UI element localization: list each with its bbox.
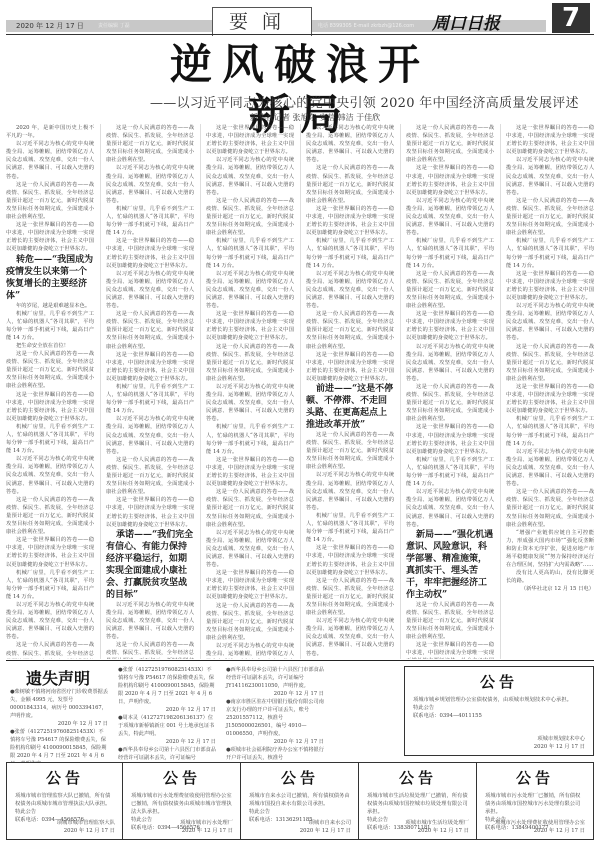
notice-box-3: 公告 项城市城市污水处理费征收使用管理办公室已撤销，所有债权债务由项城市城市管理… bbox=[122, 762, 242, 840]
paragraph: 这是一份人民满意的答卷——战疫情、保民生、抓发展，全年经济总量预计超过一百万亿元… bbox=[106, 124, 194, 164]
notice-title: 公告 bbox=[123, 767, 241, 788]
article-column-5: 这是一份人民满意的答卷——战疫情、保民生、抓发展，全年经济总量预计超过一百万亿元… bbox=[406, 124, 494, 659]
paragraph: 这是一份人民满意的答卷——战疫情、保民生、抓发展，全年经济总量预计超过一百万亿元… bbox=[506, 343, 594, 383]
article-body: 2020 年，是新中国历史上极不平凡的一年。 以习近平同志为核心的党中央统揽全局… bbox=[6, 124, 594, 659]
section-heading-4: 新局——“强化机遇意识、风险意识，科学部署、精准施策，真抓实干、埋头苦干，牢牢把… bbox=[406, 529, 494, 601]
issue-date: 2020 年 12 月 17 日 bbox=[16, 21, 84, 31]
column-divider bbox=[500, 124, 501, 659]
paragraph: 这是一份人民满意的答卷——战疫情、保民生、抓发展，全年经济总量预计超过一百万亿元… bbox=[506, 488, 594, 528]
notice-box-5: 公告 项城市城市生活垃圾处理厂已撤销，所有债权债务由项城市国控城市垃圾处理有限公… bbox=[358, 762, 478, 840]
paragraph: 以习近平同志为核心的党中央统揽全局、运筹帷幄，团结带领亿万人民众志成城、攻坚克难… bbox=[306, 270, 394, 310]
paragraph: 以习近平同志为核心的党中央统揽全局、运筹帷幄，团结带领亿万人民众志成城、攻坚克难… bbox=[206, 642, 294, 659]
paragraph: 以习近平同志为核心的党中央统揽全局、运筹帷幄，团结带领亿万人民众志成城、攻坚克难… bbox=[206, 383, 294, 423]
paragraph: 这是一张世界瞩目的答卷——稳中求进，中国经济成为全球唯一实现正增长的主要经济体，… bbox=[106, 351, 194, 383]
page-masthead: 2020 年 12 月 17 日 责任编辑 丁磊 要闻 电话 8399305 E… bbox=[0, 0, 600, 40]
paragraph: 这是一张世界瞩目的答卷——稳中求进，中国经济成为全球唯一实现正增长的主要经济体，… bbox=[206, 310, 294, 342]
paragraph: 以习近平同志为核心的党中央统揽全局、运筹帷幄，团结带领亿万人民众志成城、攻坚克难… bbox=[206, 529, 294, 569]
paragraph: 以习近平同志为核心的党中央统揽全局、运筹帷幄，团结带领亿万人民众志成城、攻坚克难… bbox=[6, 455, 94, 495]
notice-title: 公告 bbox=[7, 767, 123, 788]
paragraph: 这是一张世界瞩目的答卷——稳中求进，中国经济成为全球唯一实现正增长的主要经济体，… bbox=[306, 544, 394, 576]
notice-date: 2020 年 12 月 17 日 bbox=[300, 827, 351, 835]
lost-notices-title: 遗失声明 bbox=[6, 666, 110, 689]
notice-signer: 项城市自来水公司 bbox=[300, 819, 351, 827]
masthead-divider bbox=[6, 34, 594, 35]
column-divider bbox=[100, 124, 101, 659]
article-subheadline: ——以习近平同志为核心的党中央引领 2020 年中国经济高质量发展评述 bbox=[150, 92, 590, 111]
notice-date: 2020 年 12 月 17 日 bbox=[405, 827, 469, 835]
paragraph: 以习近平同志为核心的党中央统揽全局、运筹帷幄，团结带领亿万人民众志成城、攻坚克难… bbox=[106, 601, 194, 641]
notice-title: 公告 bbox=[405, 671, 593, 692]
column-divider bbox=[300, 124, 301, 659]
paragraph: 机械厂房里，几乎看不到生产工人，忙碌的机器人“各司其职”，平均每分钟一部手机就可… bbox=[406, 456, 494, 488]
paragraph: 这是一张世界瞩目的答卷——稳中求进，中国经济成为全球唯一实现正增长的主要经济体，… bbox=[506, 124, 594, 156]
paragraph: 这是一张世界瞩目的答卷——稳中求进，中国经济成为全球唯一实现正增长的主要经济体，… bbox=[206, 124, 294, 156]
paragraph: 这是一份人民满意的答卷——战疫情、保民生、抓发展，全年经济总量预计超过一百万亿元… bbox=[206, 197, 294, 237]
notice-box-4: 公告 项城市自来水公司已撤销，所有债权债务由项城市国投自来水有限公司承担。 特此… bbox=[240, 762, 360, 840]
paragraph: 这是一份人民满意的答卷——战疫情、保民生、抓发展，全年经济总量预计超过一百万亿元… bbox=[6, 350, 94, 390]
paragraph: 这是一张世界瞩目的答卷——稳中求进，中国经济成为全球唯一实现正增长的主要经济体，… bbox=[206, 569, 294, 601]
paragraph: 这是一张世界瞩目的答卷——稳中求进，中国经济成为全球唯一实现正增长的主要经济体，… bbox=[506, 270, 594, 302]
paragraph: 以习近平同志为核心的党中央统揽全局、运筹帷幄，团结带领亿万人民众志成城、攻坚克难… bbox=[306, 471, 394, 511]
paragraph: 以习近平同志为核心的党中央统揽全局、运筹帷幄，团结带领亿万人民众志成城、攻坚克难… bbox=[106, 415, 194, 455]
notice-date: 2020 年 12 月 17 日 bbox=[118, 706, 216, 714]
contact-info: 电话 8399305 E-mail zkrbzh@126.com bbox=[318, 22, 414, 29]
article-column-2: 这是一份人民满意的答卷——战疫情、保民生、抓发展，全年经济总量预计超过一百万亿元… bbox=[106, 124, 194, 659]
notice-closing: 特此公告 bbox=[413, 704, 585, 712]
notice-text: 项城市城乡规划管理办公室债权债务，由项城市规划技术中心承担。 bbox=[413, 696, 585, 704]
paragraph: 这是一份人民满意的答卷——战疫情、保民生、抓发展，全年经济总量预计超过一百万亿元… bbox=[6, 496, 94, 536]
notice-closing: 特此公告 bbox=[249, 808, 351, 816]
paragraph: “增强产业链供应链自主可控能力，形成强大国内市场”“强化反垄断和防止资本无序扩张… bbox=[506, 529, 594, 569]
notice-phone: 联系电话：0394—4011155 bbox=[413, 712, 585, 720]
paragraph: 以习近平同志为核心的党中央统揽全局、运筹帷幄，团结带领亿万人民众志成城、攻坚克难… bbox=[206, 156, 294, 196]
notice-text: 项城市城市污水处理厂已撤销，所有债权债务由项城市国控城市污水处理有限公司承担。 bbox=[485, 792, 585, 816]
article-column-6: 这是一张世界瞩目的答卷——稳中求进，中国经济成为全球唯一实现正增长的主要经济体，… bbox=[506, 124, 594, 659]
section-heading-1: 转危——“我国成为疫情发生以来第一个恢复增长的主要经济体” bbox=[6, 254, 94, 302]
notice-date: 2020 年 12 月 17 日 bbox=[118, 738, 216, 746]
notice-signer: 项城市城市污水处理厂 bbox=[180, 819, 233, 827]
lost-notices-column-1: ●柴树敏不慎将河南省医疗门诊收费票据丢失，金额 4995 元，发票号 00001… bbox=[10, 688, 108, 768]
paragraph: 机械厂房里，几乎看不到生产工人，忙碌的机器人“各司其职”，平均每分钟一部手机就可… bbox=[206, 423, 294, 455]
notice-box-2: 公告 项城市城市管理监察大队已撤销，所有债权债务由项城市城市管理执法大队承担。 … bbox=[6, 762, 124, 840]
notice-date: 2020 年 12 月 17 日 bbox=[10, 720, 108, 728]
paragraph: 这是一张世界瞩目的答卷——稳中求进，中国经济成为全球唯一实现正增长的主要经济体，… bbox=[206, 456, 294, 488]
paragraph: 这是一份人民满意的答卷——战疫情、保民生、抓发展，全年经济总量预计超过一百万亿元… bbox=[306, 431, 394, 471]
lost-notice-item: ●南京市胜区驻在中国银行股份有限公司南京支行办理的开户许可证丢失，账号 2520… bbox=[226, 698, 324, 738]
paragraph: 机械厂房里，几乎看不到生产工人，忙碌的机器人“各司其职”，平均每分钟一部手机就可… bbox=[506, 237, 594, 269]
paragraph: 没有比人更高的山，没有比脚更长的路。 bbox=[506, 569, 594, 585]
lost-notice-item: ●西华县奉母乡公司第十六县医门市部食品经营许可证副本丢失，许可证编号 JY141… bbox=[226, 666, 324, 690]
paragraph: 这是一份人民满意的答卷——战疫情、保民生、抓发展，全年经济总量预计超过一百万亿元… bbox=[206, 343, 294, 383]
paragraph: 这是一份人民满意的答卷——战疫情、保民生、抓发展，全年经济总量预计超过一百万亿元… bbox=[6, 641, 94, 659]
paragraph: 年的岁尾，越是艰难越显本色。 bbox=[6, 302, 94, 310]
paragraph: 这是一张世界瞩目的答卷——稳中求进，中国经济成为全球唯一实现正增长的主要经济体，… bbox=[406, 164, 494, 196]
paragraph: 这是一份人民满意的答卷——战疫情、保民生、抓发展，全年经济总量预计超过一百万亿元… bbox=[106, 310, 194, 350]
article-column-1: 2020 年，是新中国历史上极不平凡的一年。 以习近平同志为核心的党中央统揽全局… bbox=[6, 124, 94, 659]
article-column-4: 以习近平同志为核心的党中央统揽全局、运筹帷幄，团结带领亿万人民众志成城、攻坚克难… bbox=[306, 124, 394, 659]
paragraph: 这是一张世界瞩目的答卷——稳中求进，中国经济成为全球唯一实现正增长的主要经济体，… bbox=[106, 237, 194, 269]
paragraph: 把生命安全放在首位！ bbox=[6, 342, 94, 350]
notice-text: 项城市城市生活垃圾处理厂已撤销，所有债权债务由项城市国控城市垃圾处理有限公司承担… bbox=[367, 792, 469, 816]
notice-signer: 项城市污水处理费征收使用管理办公室 bbox=[495, 819, 585, 827]
paragraph: 以习近平同志为核心的党中央统揽全局、运筹帷幄，团结带领亿万人民众志成城、攻坚克难… bbox=[306, 617, 394, 657]
notice-closing: 特此公告 bbox=[15, 808, 115, 816]
paragraph: 这是一份人民满意的答卷——战疫情、保民生、抓发展，全年经济总量预计超过一百万亿元… bbox=[406, 601, 494, 641]
lost-notices-column-2: ●张蕾（412725197608251453X）不慎将车号豫 P54617 的保… bbox=[118, 666, 216, 770]
section-heading-2: 承诺——“我们完全有信心、有能力保持经济平稳运行，如期实现全面建成小康社会、打赢… bbox=[106, 529, 194, 601]
paragraph: 这是一份人民满意的答卷——战疫情、保民生、抓发展，全年经济总量预计超过一百万亿元… bbox=[6, 181, 94, 221]
paragraph: 以习近平同志为核心的党中央统揽全局、运筹帷幄，团结带领亿万人民众志成城、攻坚克难… bbox=[506, 302, 594, 342]
paragraph: 这是一份人民满意的答卷——战疫情、保民生、抓发展，全年经济总量预计超过一百万亿元… bbox=[306, 164, 394, 204]
notice-signature: 项城市规划技术中心 2020 年 12 月 17 日 bbox=[534, 735, 585, 751]
paragraph: 这是一张世界瞩目的答卷——稳中求进，中国经济成为全球唯一实现正增长的主要经济体，… bbox=[306, 351, 394, 383]
notice-box-1: 公告 项城市城乡规划管理办公室债权债务，由项城市规划技术中心承担。 特此公告 联… bbox=[404, 666, 594, 756]
lost-notices: 遗失声明 ●柴树敏不慎将河南省医疗门诊收费票据丢失，金额 4995 元，发票号 … bbox=[6, 664, 376, 760]
column-divider bbox=[400, 124, 401, 659]
notice-date: 2020 年 12 月 17 日 bbox=[534, 743, 585, 751]
paragraph: 这是一份人民满意的答卷——战疫情、保民生、抓发展，全年经济总量预计超过一百万亿元… bbox=[206, 488, 294, 528]
paragraph: 以习近平同志为核心的党中央统揽全局、运筹帷幄，团结带领亿万人民众志成城、攻坚克难… bbox=[406, 197, 494, 237]
paragraph: 这是一张世界瞩目的答卷——稳中求进，中国经济成为全球唯一实现正增长的主要经济体，… bbox=[306, 205, 394, 237]
lost-notice-item: ●柴树敏不慎将河南省医疗门诊收费票据丢失，金额 4995 元，发票号 00001… bbox=[10, 688, 108, 720]
newspaper-logo: 周口日报 bbox=[432, 9, 500, 34]
paragraph: 这是一张世界瞩目的答卷——稳中求进，中国经济成为全球唯一实现正增长的主要经济体，… bbox=[506, 383, 594, 415]
paragraph: 机械厂房里，几乎看不到生产工人，忙碌的机器人“各司其职”，平均每分钟一部手机就可… bbox=[306, 237, 394, 269]
notice-signer: 项城市城市生活垃圾处理厂 bbox=[405, 819, 469, 827]
lost-notice-item: ●张蕾（412725197608251453X）不慎将车号豫 P54617 的保… bbox=[118, 666, 216, 706]
paragraph: 这是一张世界瞩目的答卷——稳中求进，中国经济成为全球唯一实现正增长的主要经济体，… bbox=[6, 391, 94, 423]
notice-date: 2020 年 12 月 17 日 bbox=[57, 827, 115, 835]
paragraph: 以习近平同志为核心的党中央统揽全局、运筹帷幄，团结带领亿万人民众志成城、攻坚克难… bbox=[106, 270, 194, 310]
paragraph: 这是一张世界瞩目的答卷——稳中求进，中国经济成为全球唯一实现正增长的主要经济体，… bbox=[406, 641, 494, 659]
notice-body: 项城市城乡规划管理办公室债权债务，由项城市规划技术中心承担。 特此公告 联系电话… bbox=[405, 692, 593, 720]
paragraph: 这是一张世界瞩目的答卷——稳中求进，中国经济成为全球唯一实现正增长的主要经济体，… bbox=[106, 496, 194, 528]
paragraph: 这是一份人民满意的答卷——战疫情、保民生、抓发展，全年经济总量预计超过一百万亿元… bbox=[306, 577, 394, 617]
paragraph: 这是一份人民满意的答卷——战疫情、保民生、抓发展，全年经济总量预计超过一百万亿元… bbox=[106, 641, 194, 659]
paragraph: 这是一张世界瞩目的答卷——稳中求进，中国经济成为全球唯一实现正增长的主要经济体，… bbox=[406, 423, 494, 455]
notice-signer: 项城市城市管理监察大队 bbox=[57, 819, 115, 827]
notice-text: 项城市自来水公司已撤销，所有债权债务由项城市国投自来水有限公司承担。 bbox=[249, 792, 351, 808]
article-dateline: （新华社北京 12 月 15 日电） bbox=[506, 585, 594, 593]
paragraph: 这是一张世界瞩目的答卷——稳中求进，中国经济成为全球唯一实现正增长的主要经济体，… bbox=[6, 221, 94, 253]
notice-signature: 项城市城市管理监察大队 2020 年 12 月 17 日 bbox=[57, 819, 115, 835]
notice-signature: 项城市自来水公司 2020 年 12 月 17 日 bbox=[300, 819, 351, 835]
paragraph: 以习近平同志为核心的党中央统揽全局、运筹帷幄，团结带领亿万人民众志成城、攻坚克难… bbox=[406, 488, 494, 528]
paragraph: 以习近平同志为核心的党中央统揽全局、运筹帷幄，团结带领亿万人民众志成城、攻坚克难… bbox=[6, 140, 94, 180]
paragraph: 机械厂房里，几乎看不到生产工人，忙碌的机器人“各司其职”，平均每分钟一部手机就可… bbox=[6, 310, 94, 342]
paragraph: 以习近平同志为核心的党中央统揽全局、运筹帷幄，团结带领亿万人民众志成城、攻坚克难… bbox=[206, 270, 294, 310]
paragraph: 这是一张世界瞩目的答卷——稳中求进，中国经济成为全球唯一实现正增长的主要经济体，… bbox=[6, 536, 94, 568]
paragraph: 这是一份人民满意的答卷——战疫情、保民生、抓发展，全年经济总量预计超过一百万亿元… bbox=[106, 456, 194, 496]
paragraph: 以习近平同志为核心的党中央统揽全局、运筹帷幄，团结带领亿万人民众志成城、攻坚克难… bbox=[506, 156, 594, 196]
column-divider bbox=[200, 124, 201, 659]
notice-box-6: 公告 项城市城市污水处理厂已撤销，所有债权债务由项城市国控城市污水处理有限公司承… bbox=[476, 762, 594, 840]
paragraph: 这是一份人民满意的答卷——战疫情、保民生、抓发展，全年经济总量预计超过一百万亿元… bbox=[406, 383, 494, 423]
paragraph: 机械厂房里，几乎看不到生产工人，忙碌的机器人“各司其职”，平均每分钟一部手机就可… bbox=[206, 237, 294, 269]
paragraph: 这是一份人民满意的答卷——战疫情、保民生、抓发展，全年经济总量预计超过一百万亿元… bbox=[406, 124, 494, 164]
section-label: 要闻 bbox=[212, 7, 312, 36]
paragraph: 机械厂房里，几乎看不到生产工人，忙碌的机器人“各司其职”，平均每分钟一部手机就可… bbox=[306, 512, 394, 544]
notice-signature: 项城市污水处理费征收使用管理办公室 2020 年 12 月 17 日 bbox=[495, 819, 585, 835]
notice-date: 2020 年 12 月 17 日 bbox=[226, 690, 324, 698]
paragraph: 机械厂房里，几乎看不到生产工人，忙碌的机器人“各司其职”，平均每分钟一部手机就可… bbox=[6, 423, 94, 455]
paragraph: 以习近平同志为核心的党中央统揽全局、运筹帷幄，团结带领亿万人民众志成城、攻坚克难… bbox=[506, 448, 594, 488]
paragraph: 机械厂房里，几乎看不到生产工人，忙碌的机器人“各司其职”，平均每分钟一部手机就可… bbox=[106, 383, 194, 415]
paragraph: 这是一份人民满意的答卷——战疫情、保民生、抓发展，全年经济总量预计超过一百万亿元… bbox=[206, 602, 294, 642]
article-byline: 新华社记者 张旭东 安蓓 韩洁 于佳欣 bbox=[250, 112, 380, 123]
paragraph: 这是一份人民满意的答卷——战疫情、保民生、抓发展，全年经济总量预计超过一百万亿元… bbox=[306, 310, 394, 350]
notice-date: 2020 年 12 月 17 日 bbox=[180, 827, 233, 835]
paragraph: 机械厂房里，几乎看不到生产工人，忙碌的机器人“各司其职”，平均每分钟一部手机就可… bbox=[6, 569, 94, 601]
paragraph: 以习近平同志为核心的党中央统揽全局、运筹帷幄，团结带领亿万人民众志成城、攻坚克难… bbox=[406, 343, 494, 383]
notice-date: 2020 年 12 月 17 日 bbox=[226, 738, 324, 746]
notice-title: 公告 bbox=[359, 767, 477, 788]
notice-text: 项城市城市污水处理费征收使用管理办公室已撤销，所有债权债务由项城市城市管理执法大… bbox=[131, 792, 233, 816]
page-number: 7 bbox=[552, 3, 590, 33]
paragraph: 机械厂房里，几乎看不到生产工人，忙碌的机器人“各司其职”，平均每分钟一部手机就可… bbox=[106, 205, 194, 237]
lost-notice-item: ●周本灵（412727198206136137）位于项城市新桥镇新庄 001 号… bbox=[118, 714, 216, 738]
section-divider bbox=[6, 660, 594, 661]
notice-signature: 项城市城市生活垃圾处理厂 2020 年 12 月 17 日 bbox=[405, 819, 469, 835]
paragraph: 机械厂房里，几乎看不到生产工人，忙碌的机器人“各司其职”，平均每分钟一部手机就可… bbox=[406, 237, 494, 269]
paragraph: 以习近平同志为核心的党中央统揽全局、运筹帷幄，团结带领亿万人民众志成城、攻坚克难… bbox=[6, 601, 94, 641]
paragraph: 这是一张世界瞩目的答卷——稳中求进，中国经济成为全球唯一实现正增长的主要经济体，… bbox=[406, 310, 494, 342]
paragraph: 2020 年，是新中国历史上极不平凡的一年。 bbox=[6, 124, 94, 140]
paragraph: 以习近平同志为核心的党中央统揽全局、运筹帷幄，团结带领亿万人民众志成城、攻坚克难… bbox=[106, 164, 194, 204]
section-heading-3: 前进——“这是不停顿、不停滞、不走回头路、在更高起点上推进改革开放” bbox=[306, 383, 394, 431]
article-column-3: 这是一张世界瞩目的答卷——稳中求进，中国经济成为全球唯一实现正增长的主要经济体，… bbox=[206, 124, 294, 659]
notice-title: 公告 bbox=[477, 767, 593, 788]
paragraph: 机械厂房里，几乎看不到生产工人，忙碌的机器人“各司其职”，平均每分钟一部手机就可… bbox=[506, 415, 594, 447]
notice-signer: 项城市规划技术中心 bbox=[534, 735, 585, 743]
notice-date: 2020 年 12 月 17 日 bbox=[495, 827, 585, 835]
notice-text: 项城市城市管理监察大队已撤销，所有债权债务由项城市城市管理执法大队承担。 bbox=[15, 792, 115, 808]
editor-credit: 责任编辑 丁磊 bbox=[98, 22, 130, 29]
notice-signature: 项城市城市污水处理厂 2020 年 12 月 17 日 bbox=[180, 819, 233, 835]
paragraph: 以习近平同志为核心的党中央统揽全局、运筹帷幄，团结带领亿万人民众志成城、攻坚克难… bbox=[306, 124, 394, 164]
notice-title: 公告 bbox=[241, 767, 359, 788]
paragraph: 这是一份人民满意的答卷——战疫情、保民生、抓发展，全年经济总量预计超过一百万亿元… bbox=[506, 197, 594, 237]
paragraph: 这是一份人民满意的答卷——战疫情、保民生、抓发展，全年经济总量预计超过一百万亿元… bbox=[406, 270, 494, 310]
